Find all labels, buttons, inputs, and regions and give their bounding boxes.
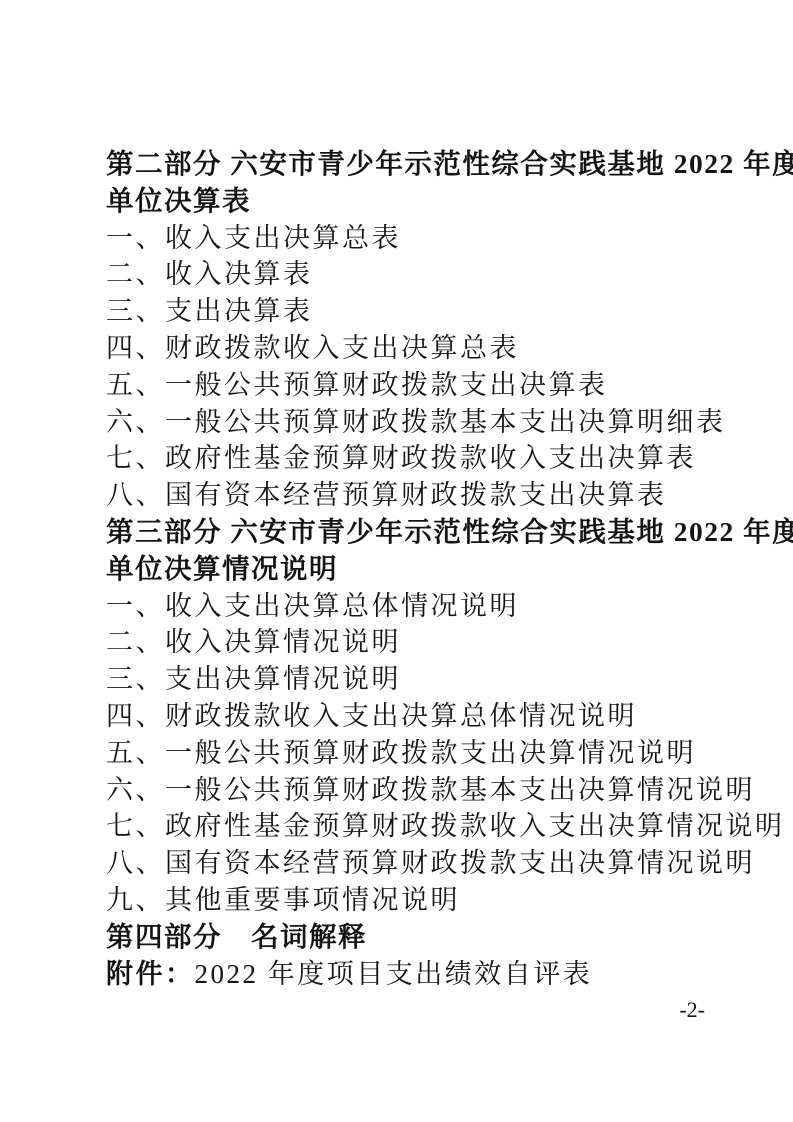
toc-content: 第二部分 六安市青少年示范性综合实践基地 2022 年度 单位决算表 一、收入支…	[106, 146, 705, 1029]
toc-item: 七、政府性基金预算财政拨款收入支出决算表	[106, 440, 705, 477]
toc-item: 五、一般公共预算财政拨款支出决算情况说明	[106, 735, 705, 772]
toc-item: 七、政府性基金预算财政拨款收入支出决算情况说明	[106, 808, 705, 845]
part3-heading-line2: 单位决算情况说明	[106, 551, 705, 588]
page-number: -2-	[106, 992, 705, 1029]
document-page: 第二部分 六安市青少年示范性综合实践基地 2022 年度 单位决算表 一、收入支…	[0, 0, 793, 1122]
toc-item: 三、支出决算情况说明	[106, 661, 705, 698]
toc-item: 一、收入支出决算总表	[106, 220, 705, 257]
attachment-line: 附件：2022 年度项目支出绩效自评表	[106, 956, 705, 993]
toc-item: 二、收入决算情况说明	[106, 624, 705, 661]
toc-item: 八、国有资本经营预算财政拨款支出决算情况说明	[106, 845, 705, 882]
toc-item: 二、收入决算表	[106, 256, 705, 293]
attachment-label: 附件：	[106, 959, 195, 989]
part3-heading-line1: 第三部分 六安市青少年示范性综合实践基地 2022 年度	[106, 514, 705, 551]
toc-item: 三、支出决算表	[106, 293, 705, 330]
toc-item: 五、一般公共预算财政拨款支出决算表	[106, 367, 705, 404]
toc-item: 四、财政拨款收入支出决算总体情况说明	[106, 698, 705, 735]
toc-item: 八、国有资本经营预算财政拨款支出决算表	[106, 477, 705, 514]
toc-item: 一、收入支出决算总体情况说明	[106, 588, 705, 625]
attachment-text: 2022 年度项目支出绩效自评表	[195, 959, 593, 989]
toc-item: 六、一般公共预算财政拨款基本支出决算明细表	[106, 404, 705, 441]
part2-heading-line1: 第二部分 六安市青少年示范性综合实践基地 2022 年度	[106, 146, 705, 183]
part4-heading: 第四部分 名词解释	[106, 919, 705, 956]
part2-heading-line2: 单位决算表	[106, 183, 705, 220]
toc-item: 六、一般公共预算财政拨款基本支出决算情况说明	[106, 772, 705, 809]
toc-item: 四、财政拨款收入支出决算总表	[106, 330, 705, 367]
toc-item: 九、其他重要事项情况说明	[106, 882, 705, 919]
